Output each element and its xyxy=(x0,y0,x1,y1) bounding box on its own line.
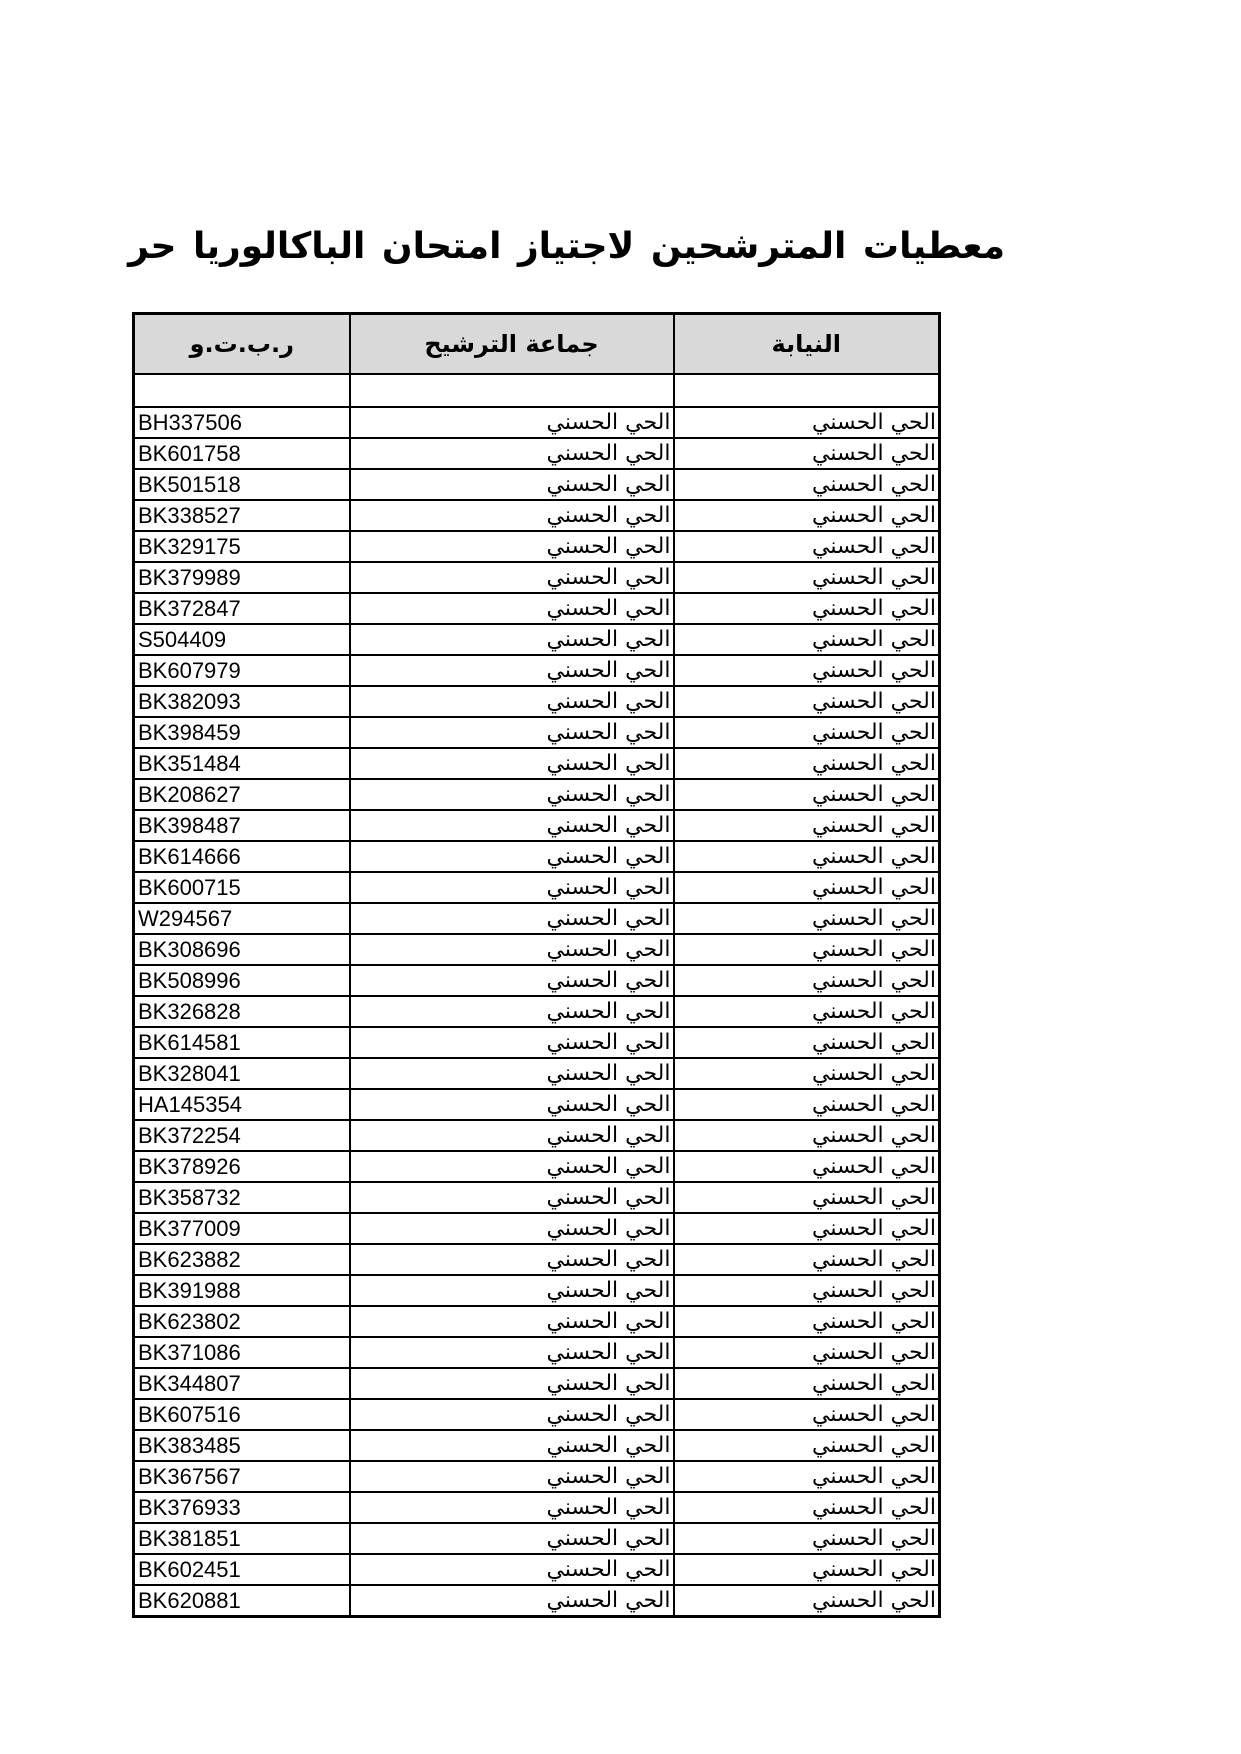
header-code: ر.ب.ت.و xyxy=(134,314,350,374)
cell-delegation: الحي الحسني xyxy=(674,1089,940,1120)
cell-code: BH337506 xyxy=(134,407,350,438)
table-row: BK378926الحي الحسنيالحي الحسني xyxy=(134,1151,940,1182)
candidates-table: ر.ب.ت.و جماعة الترشيح النيابة BH337506ال… xyxy=(132,312,941,1618)
table-row: BK326828الحي الحسنيالحي الحسني xyxy=(134,996,940,1027)
cell-community: الحي الحسني xyxy=(350,1585,674,1617)
cell-code: BK376933 xyxy=(134,1492,350,1523)
cell-delegation: الحي الحسني xyxy=(674,624,940,655)
cell-community: الحي الحسني xyxy=(350,1399,674,1430)
cell-community: الحي الحسني xyxy=(350,562,674,593)
cell-code: BK508996 xyxy=(134,965,350,996)
cell-code: BK398487 xyxy=(134,810,350,841)
cell-delegation: الحي الحسني xyxy=(674,1027,940,1058)
cell-community xyxy=(350,374,674,407)
table-row: BK383485الحي الحسنيالحي الحسني xyxy=(134,1430,940,1461)
cell-code: BK602451 xyxy=(134,1554,350,1585)
cell-delegation: الحي الحسني xyxy=(674,934,940,965)
table-row: BK328041الحي الحسنيالحي الحسني xyxy=(134,1058,940,1089)
cell-code: BK372254 xyxy=(134,1120,350,1151)
cell-delegation: الحي الحسني xyxy=(674,531,940,562)
cell-code: BK367567 xyxy=(134,1461,350,1492)
cell-delegation: الحي الحسني xyxy=(674,1492,940,1523)
table-row: BK614666الحي الحسنيالحي الحسني xyxy=(134,841,940,872)
cell-community: الحي الحسني xyxy=(350,748,674,779)
cell-community: الحي الحسني xyxy=(350,1523,674,1554)
cell-community: الحي الحسني xyxy=(350,779,674,810)
cell-community: الحي الحسني xyxy=(350,1554,674,1585)
table-row: BK602451الحي الحسنيالحي الحسني xyxy=(134,1554,940,1585)
table-row: BK620881الحي الحسنيالحي الحسني xyxy=(134,1585,940,1617)
table-row: HA145354الحي الحسنيالحي الحسني xyxy=(134,1089,940,1120)
cell-community: الحي الحسني xyxy=(350,1120,674,1151)
cell-community: الحي الحسني xyxy=(350,469,674,500)
cell-community: الحي الحسني xyxy=(350,1461,674,1492)
cell-delegation: الحي الحسني xyxy=(674,1275,940,1306)
cell-community: الحي الحسني xyxy=(350,872,674,903)
cell-delegation: الحي الحسني xyxy=(674,1461,940,1492)
cell-delegation: الحي الحسني xyxy=(674,1182,940,1213)
cell-code: BK358732 xyxy=(134,1182,350,1213)
empty-row xyxy=(134,374,940,407)
cell-community: الحي الحسني xyxy=(350,717,674,748)
table-row: BK381851الحي الحسنيالحي الحسني xyxy=(134,1523,940,1554)
cell-delegation: الحي الحسني xyxy=(674,593,940,624)
cell-code: BK381851 xyxy=(134,1523,350,1554)
cell-code: BK326828 xyxy=(134,996,350,1027)
cell-delegation: الحي الحسني xyxy=(674,810,940,841)
cell-code: BK329175 xyxy=(134,531,350,562)
table-row: BK398459الحي الحسنيالحي الحسني xyxy=(134,717,940,748)
cell-code: S504409 xyxy=(134,624,350,655)
table-row: BK501518الحي الحسنيالحي الحسني xyxy=(134,469,940,500)
table-row: S504409الحي الحسنيالحي الحسني xyxy=(134,624,940,655)
table-row: BK614581الحي الحسنيالحي الحسني xyxy=(134,1027,940,1058)
table-row: BK372847الحي الحسنيالحي الحسني xyxy=(134,593,940,624)
cell-code: BK614666 xyxy=(134,841,350,872)
cell-code: BK391988 xyxy=(134,1275,350,1306)
cell-community: الحي الحسني xyxy=(350,407,674,438)
table-row: BK351484الحي الحسنيالحي الحسني xyxy=(134,748,940,779)
cell-delegation: الحي الحسني xyxy=(674,1244,940,1275)
cell-community: الحي الحسني xyxy=(350,500,674,531)
cell-delegation: الحي الحسني xyxy=(674,717,940,748)
cell-community: الحي الحسني xyxy=(350,1275,674,1306)
cell-delegation: الحي الحسني xyxy=(674,1585,940,1617)
cell-community: الحي الحسني xyxy=(350,593,674,624)
cell-community: الحي الحسني xyxy=(350,1027,674,1058)
cell-delegation: الحي الحسني xyxy=(674,1368,940,1399)
cell-community: الحي الحسني xyxy=(350,996,674,1027)
table-row: BK377009الحي الحسنيالحي الحسني xyxy=(134,1213,940,1244)
cell-delegation: الحي الحسني xyxy=(674,1554,940,1585)
table-row: BH337506الحي الحسنيالحي الحسني xyxy=(134,407,940,438)
cell-community: الحي الحسني xyxy=(350,1430,674,1461)
cell-delegation: الحي الحسني xyxy=(674,1058,940,1089)
cell-code: BK371086 xyxy=(134,1337,350,1368)
table-row: BK338527الحي الحسنيالحي الحسني xyxy=(134,500,940,531)
cell-delegation xyxy=(674,374,940,407)
cell-delegation: الحي الحسني xyxy=(674,996,940,1027)
table-row: BK208627الحي الحسنيالحي الحسني xyxy=(134,779,940,810)
cell-delegation: الحي الحسني xyxy=(674,1399,940,1430)
cell-delegation: الحي الحسني xyxy=(674,686,940,717)
cell-delegation: الحي الحسني xyxy=(674,903,940,934)
cell-community: الحي الحسني xyxy=(350,438,674,469)
table-row: BK600715الحي الحسنيالحي الحسني xyxy=(134,872,940,903)
table-row: BK329175الحي الحسنيالحي الحسني xyxy=(134,531,940,562)
table-row: BK601758الحي الحسنيالحي الحسني xyxy=(134,438,940,469)
cell-code xyxy=(134,374,350,407)
cell-code: BK208627 xyxy=(134,779,350,810)
header-community: جماعة الترشيح xyxy=(350,314,674,374)
cell-community: الحي الحسني xyxy=(350,686,674,717)
table-row: BK308696الحي الحسنيالحي الحسني xyxy=(134,934,940,965)
cell-community: الحي الحسني xyxy=(350,1337,674,1368)
cell-delegation: الحي الحسني xyxy=(674,1337,940,1368)
cell-code: BK607979 xyxy=(134,655,350,686)
cell-code: BK614581 xyxy=(134,1027,350,1058)
cell-delegation: الحي الحسني xyxy=(674,872,940,903)
table-row: W294567الحي الحسنيالحي الحسني xyxy=(134,903,940,934)
table-row: BK379989الحي الحسنيالحي الحسني xyxy=(134,562,940,593)
cell-delegation: الحي الحسني xyxy=(674,438,940,469)
cell-community: الحي الحسني xyxy=(350,531,674,562)
cell-community: الحي الحسني xyxy=(350,1213,674,1244)
table-row: BK371086الحي الحسنيالحي الحسني xyxy=(134,1337,940,1368)
cell-code: BK398459 xyxy=(134,717,350,748)
cell-community: الحي الحسني xyxy=(350,934,674,965)
cell-delegation: الحي الحسني xyxy=(674,1523,940,1554)
table-row: BK382093الحي الحسنيالحي الحسني xyxy=(134,686,940,717)
cell-community: الحي الحسني xyxy=(350,1058,674,1089)
cell-code: BK623802 xyxy=(134,1306,350,1337)
cell-code: BK620881 xyxy=(134,1585,350,1617)
cell-code: BK378926 xyxy=(134,1151,350,1182)
cell-code: BK372847 xyxy=(134,593,350,624)
cell-delegation: الحي الحسني xyxy=(674,1120,940,1151)
cell-code: BK308696 xyxy=(134,934,350,965)
cell-delegation: الحي الحسني xyxy=(674,1213,940,1244)
cell-community: الحي الحسني xyxy=(350,1089,674,1120)
document-title: معطيات المترشحين لاجتياز امتحان الباكالو… xyxy=(128,226,1005,267)
cell-community: الحي الحسني xyxy=(350,903,674,934)
cell-code: BK501518 xyxy=(134,469,350,500)
cell-delegation: الحي الحسني xyxy=(674,407,940,438)
cell-code: BK601758 xyxy=(134,438,350,469)
cell-code: BK377009 xyxy=(134,1213,350,1244)
document-page: { "page": { "title": "معطيات المترشحين ل… xyxy=(0,0,1241,1754)
cell-community: الحي الحسني xyxy=(350,1151,674,1182)
cell-delegation: الحي الحسني xyxy=(674,965,940,996)
table-row: BK376933الحي الحسنيالحي الحسني xyxy=(134,1492,940,1523)
cell-code: BK382093 xyxy=(134,686,350,717)
cell-community: الحي الحسني xyxy=(350,1182,674,1213)
cell-code: BK344807 xyxy=(134,1368,350,1399)
table-row: BK344807الحي الحسنيالحي الحسني xyxy=(134,1368,940,1399)
cell-community: الحي الحسني xyxy=(350,655,674,686)
cell-code: W294567 xyxy=(134,903,350,934)
cell-community: الحي الحسني xyxy=(350,624,674,655)
table-row: BK367567الحي الحسنيالحي الحسني xyxy=(134,1461,940,1492)
cell-community: الحي الحسني xyxy=(350,841,674,872)
table-row: BK372254الحي الحسنيالحي الحسني xyxy=(134,1120,940,1151)
cell-code: BK328041 xyxy=(134,1058,350,1089)
cell-code: BK338527 xyxy=(134,500,350,531)
cell-code: BK623882 xyxy=(134,1244,350,1275)
cell-community: الحي الحسني xyxy=(350,965,674,996)
cell-community: الحي الحسني xyxy=(350,1306,674,1337)
cell-community: الحي الحسني xyxy=(350,810,674,841)
table-row: BK508996الحي الحسنيالحي الحسني xyxy=(134,965,940,996)
table-row: BK391988الحي الحسنيالحي الحسني xyxy=(134,1275,940,1306)
cell-delegation: الحي الحسني xyxy=(674,469,940,500)
cell-delegation: الحي الحسني xyxy=(674,500,940,531)
cell-delegation: الحي الحسني xyxy=(674,841,940,872)
table-row: BK623882الحي الحسنيالحي الحسني xyxy=(134,1244,940,1275)
cell-community: الحي الحسني xyxy=(350,1492,674,1523)
cell-code: BK607516 xyxy=(134,1399,350,1430)
cell-code: BK600715 xyxy=(134,872,350,903)
cell-code: BK379989 xyxy=(134,562,350,593)
cell-delegation: الحي الحسني xyxy=(674,779,940,810)
cell-delegation: الحي الحسني xyxy=(674,1306,940,1337)
cell-delegation: الحي الحسني xyxy=(674,748,940,779)
cell-delegation: الحي الحسني xyxy=(674,562,940,593)
table-row: BK398487الحي الحسنيالحي الحسني xyxy=(134,810,940,841)
table-row: BK607516الحي الحسنيالحي الحسني xyxy=(134,1399,940,1430)
cell-delegation: الحي الحسني xyxy=(674,655,940,686)
cell-code: HA145354 xyxy=(134,1089,350,1120)
cell-delegation: الحي الحسني xyxy=(674,1151,940,1182)
cell-community: الحي الحسني xyxy=(350,1368,674,1399)
header-delegation: النيابة xyxy=(674,314,940,374)
cell-code: BK351484 xyxy=(134,748,350,779)
table-row: BK358732الحي الحسنيالحي الحسني xyxy=(134,1182,940,1213)
cell-community: الحي الحسني xyxy=(350,1244,674,1275)
cell-delegation: الحي الحسني xyxy=(674,1430,940,1461)
cell-code: BK383485 xyxy=(134,1430,350,1461)
table-row: BK607979الحي الحسنيالحي الحسني xyxy=(134,655,940,686)
table-row: BK623802الحي الحسنيالحي الحسني xyxy=(134,1306,940,1337)
header-row: ر.ب.ت.و جماعة الترشيح النيابة xyxy=(134,314,940,374)
